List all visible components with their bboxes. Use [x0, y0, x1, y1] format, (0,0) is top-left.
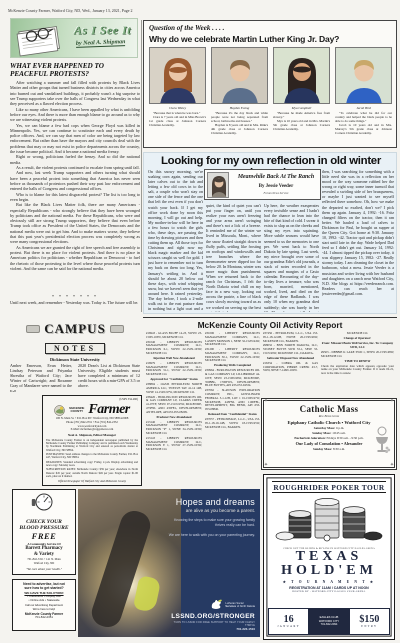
- as-i-see-it-byline: by Neal A. Shipman: [75, 39, 125, 48]
- poker-chips-image: [275, 494, 383, 542]
- column-title: Meanwhile Back At The Ranch: [233, 174, 319, 180]
- chalice-icon: [373, 425, 391, 455]
- poker-tournament-label: ★ T O U R N A M E N T ★: [264, 580, 394, 584]
- dove-icon: [209, 598, 223, 612]
- corner-ornament-icon: ✦: [263, 463, 269, 469]
- mass-ad-title: Catholic Mass: [262, 404, 396, 414]
- question-of-week-box: Question of the Week . . . . Why do we c…: [143, 20, 397, 148]
- oil-report-column: #31006 - LIBERTY RESOURCES MANAGEMENT CO…: [205, 332, 260, 484]
- corner-ornament-icon: ✦: [263, 399, 269, 405]
- lss-footer: Lutheran SocialServices of North Dakota …: [166, 598, 255, 631]
- reflection-source: Forum News Service: [233, 191, 319, 195]
- student-photo-image: [336, 48, 392, 104]
- column-rule: [141, 20, 142, 312]
- lss-body-line: We are here to walk with you on your par…: [166, 533, 255, 538]
- oil-subheader: Producer Now Abandoned: [146, 416, 202, 420]
- advertise-ad: Need to advertise, but notsure how to ge…: [12, 579, 76, 631]
- student-photo: [211, 47, 268, 104]
- editorial-paragraph: Like so many other Americans, I have bee…: [10, 107, 140, 123]
- reflection-column: then, I was searching for something with…: [322, 169, 394, 312]
- reflection-column: Up here, the weather exasperates every i…: [264, 203, 319, 312]
- campus-notes-school: Dickinson State University: [10, 357, 140, 362]
- farmer-editor: Neal A. Shipman, Editor/Manager: [46, 433, 138, 437]
- arm-silhouette: [88, 507, 154, 630]
- oil-subheader: From: Missouri Basin Well Service, Inc. …: [321, 342, 394, 350]
- student-name: Hayden Ewing: [211, 106, 268, 110]
- advertise-title: Need to advertise, but notsure how to ge…: [13, 582, 75, 590]
- poker-price-cell: $150 ENTRY: [350, 609, 389, 634]
- lss-url: LSSND.ORG/STRONGER: [166, 613, 255, 620]
- author-headshot: [207, 172, 229, 198]
- student-name: Mya Campbell: [273, 106, 330, 110]
- as-i-see-it-logo: As I See It by Neal A. Shipman: [10, 18, 138, 58]
- catholic-mass-ad: ✦ ✦ ✦ ✦ Catholic Mass Rev. Brian Gross E…: [261, 398, 397, 470]
- editorial-divider: * * * * * * *: [10, 294, 140, 299]
- newspaper-glasses-icon: [14, 21, 66, 57]
- fine-print-paragraph: SUBSCRIPTION RATES: McKenzie County: $39…: [46, 468, 138, 478]
- poker-tournament-ad: ROUGHRIDER POKER TOUR: [263, 474, 395, 640]
- student-caption: "Because it's the day black and white pe…: [211, 111, 268, 146]
- bp-ad-title: CHECK YOURBLOOD PRESSURE: [13, 519, 75, 531]
- poker-hosted-by: HOSTED BY - WATFORD CITY EAGLES CLUB ARE…: [264, 590, 394, 593]
- editorial-paragraph: Right or wrong, politicians fueled the f…: [10, 154, 140, 165]
- editorial-paragraph: As Americans we are granted the right of…: [10, 245, 140, 272]
- newspaper-page: McKenzie County Farmer, Watford City, ND…: [0, 0, 400, 643]
- farmer-logo: McKENZIE COUNTY Farmer: [46, 401, 138, 417]
- lss-ad-text: Hopes and dreams are alive as you become…: [166, 497, 255, 538]
- editorial-closing: Until next week, and remember - Yesterda…: [10, 300, 140, 314]
- oil-report-column: MCKENZIE CO. Change of Operator: From: M…: [321, 332, 394, 394]
- usps-number: (USPS 334-260): [119, 398, 138, 401]
- student-caption: "Because that is when he was born."Ciara…: [149, 111, 206, 146]
- farmer-logo-county: McKENZIE COUNTY: [69, 407, 84, 413]
- student-photo-image: [212, 48, 268, 104]
- blood-pressure-gauge-icon: [31, 492, 57, 512]
- corner-ornament-icon: ✦: [389, 399, 395, 405]
- reflection-column: quiet, the kind of quiet you can't put y…: [206, 203, 261, 312]
- lss-headline: Hopes and dreams: [166, 497, 255, 507]
- student-photo-image: [150, 48, 206, 104]
- campus-notes-subtitle: NOTES: [45, 343, 105, 354]
- lss-logo-text: Lutheran SocialServices of North Dakota: [225, 602, 255, 608]
- as-i-see-it-title: As I See It: [74, 23, 131, 38]
- pharmacy-name: Barrett Pharmacy& Variety: [13, 546, 75, 557]
- corner-ornament-icon: ✦: [389, 463, 395, 469]
- editorial-paragraph: And now, last week Trump supporters and …: [10, 170, 140, 191]
- pharmacy-address: 701-842-3311 • 141 N. MainWatford City, …: [13, 557, 75, 565]
- lss-body-line: Knowing the steps to make sure your grow…: [166, 518, 255, 528]
- student-photo: [149, 47, 206, 104]
- student-photo: [335, 47, 392, 104]
- farmer-masthead-box: (USPS 334-260) McKENZIE COUNTY Farmer 10…: [42, 395, 142, 486]
- editorial-paragraph: Yes, we can blame a few bad cops when Ge…: [10, 123, 140, 155]
- lss-subheadline: are alive as you become a parent.: [166, 508, 255, 513]
- oil-report-column: #37456 - PETROLEUM, L.L.C., USA 153-95-1…: [263, 332, 318, 394]
- campus-notes-title: CAMPUS: [44, 321, 106, 336]
- poker-date-cell: 16 JANUARY: [269, 609, 309, 634]
- poker-registration: REGISTRATION AT 11AM / CARDS UP AT NOON: [264, 586, 394, 590]
- advertise-call: Call our Advertising DepartmentWe're her…: [13, 604, 75, 611]
- question-headline: Why do we celebrate Martin Luther King J…: [149, 34, 339, 44]
- reflection-byline-box: Meanwhile Back At The Ranch By Jessie Ve…: [204, 169, 321, 200]
- folio-line: McKenzie County Farmer, Watford City, ND…: [8, 8, 133, 13]
- bp-free-label: FREE: [13, 531, 75, 541]
- poker-title: TEXAS: [264, 550, 394, 564]
- student-name: Jacob Bird: [335, 106, 392, 110]
- mass-church-name: Epiphany Catholic Church • Watford City: [262, 420, 396, 425]
- oil-report-title: McKenzie County Oil Activity Report: [143, 317, 397, 330]
- advertise-phone: 701-842-2351: [13, 616, 75, 620]
- campus-notes-ornament-left: [26, 325, 40, 333]
- poker-info-row: 16 JANUARY EAGLES CLUBWATFORD CITY701-84…: [268, 608, 390, 635]
- campus-notes-column: Amber Emerson, Evan Hetter, Lindsay Pete…: [10, 363, 72, 392]
- question-kicker: Question of the Week . . . .: [149, 24, 224, 32]
- advertise-services: • Classifieds • Display Ads• Online Ads …: [13, 595, 75, 603]
- student-caption: "To celebrate what he did for our countr…: [335, 111, 392, 146]
- farmer-fine-print: The McKenzie County Farmer is an indepen…: [46, 439, 138, 479]
- editorial-paragraph: But like the Black Lives Matter folk, th…: [10, 202, 140, 245]
- poker-tour-header: ROUGHRIDER POKER TOUR: [272, 481, 386, 493]
- mass-ad-pastor: Rev. Brian Gross: [262, 414, 396, 418]
- campus-notes-ornament-right: [110, 325, 124, 333]
- student-caption: "Because he made America free from slave…: [273, 111, 330, 146]
- fine-print-paragraph: POSTMASTER: Send address changes to the …: [46, 453, 138, 460]
- oil-report-column: #16943 - GLASS BLUFF 14-23, SWSW 23-150N…: [146, 332, 202, 484]
- student-photo: [273, 47, 330, 104]
- editorial-paragraph: Who is to blame for this latest disgrace…: [10, 192, 140, 203]
- lss-phone: 701-223-1510: [166, 627, 255, 631]
- baby-shoe: [133, 575, 162, 613]
- fine-print-paragraph: The McKenzie County Farmer is an indepen…: [46, 439, 138, 452]
- campus-notes-logo: CAMPUS NOTES: [10, 320, 140, 356]
- reflection-article: Looking for my own reflection in old win…: [143, 152, 397, 314]
- fine-print-paragraph: DEADLINES: Standard advertising copy: Fr…: [46, 461, 138, 468]
- editorial-body: After watching a summer and fall filled …: [10, 80, 140, 292]
- editorial-paragraph: After watching a summer and fall filled …: [10, 80, 140, 107]
- reflection-author: By Jessie Veeder: [233, 184, 319, 189]
- pharmacy-tagline: "We care about your health.": [13, 567, 75, 571]
- lss-logo: Lutheran SocialServices of North Dakota: [166, 598, 255, 612]
- editorial-headline: WHAT EVER HAPPENED TO PEACEFUL PROTESTS?: [10, 62, 140, 79]
- student-name: Ciara Wisley: [149, 106, 206, 110]
- farmer-logo-icon: [54, 405, 65, 416]
- student-photo-image: [274, 48, 330, 104]
- blood-pressure-ad: CHECK YOURBLOOD PRESSURE FREE A Communit…: [12, 489, 76, 575]
- poker-venue-cell: EAGLES CLUBWATFORD CITY701-842-2094: [309, 609, 349, 634]
- oil-subheader: TIME TO RENEW: [321, 360, 394, 364]
- farmer-official-line: Official Newspaper Of Watford City And M…: [46, 479, 138, 483]
- farmer-email: E-Mail: mcfarmer@ruggedwest.com: [46, 428, 138, 432]
- campus-notes-column: 2020 Dean's List at Dickinson State Univ…: [78, 363, 140, 392]
- reflection-column: On this snowy morning, we're soaking cor…: [148, 169, 203, 312]
- lss-parenting-ad: Hopes and dreams are alive as you become…: [78, 489, 260, 637]
- poker-title: HOLD'EM: [264, 564, 394, 578]
